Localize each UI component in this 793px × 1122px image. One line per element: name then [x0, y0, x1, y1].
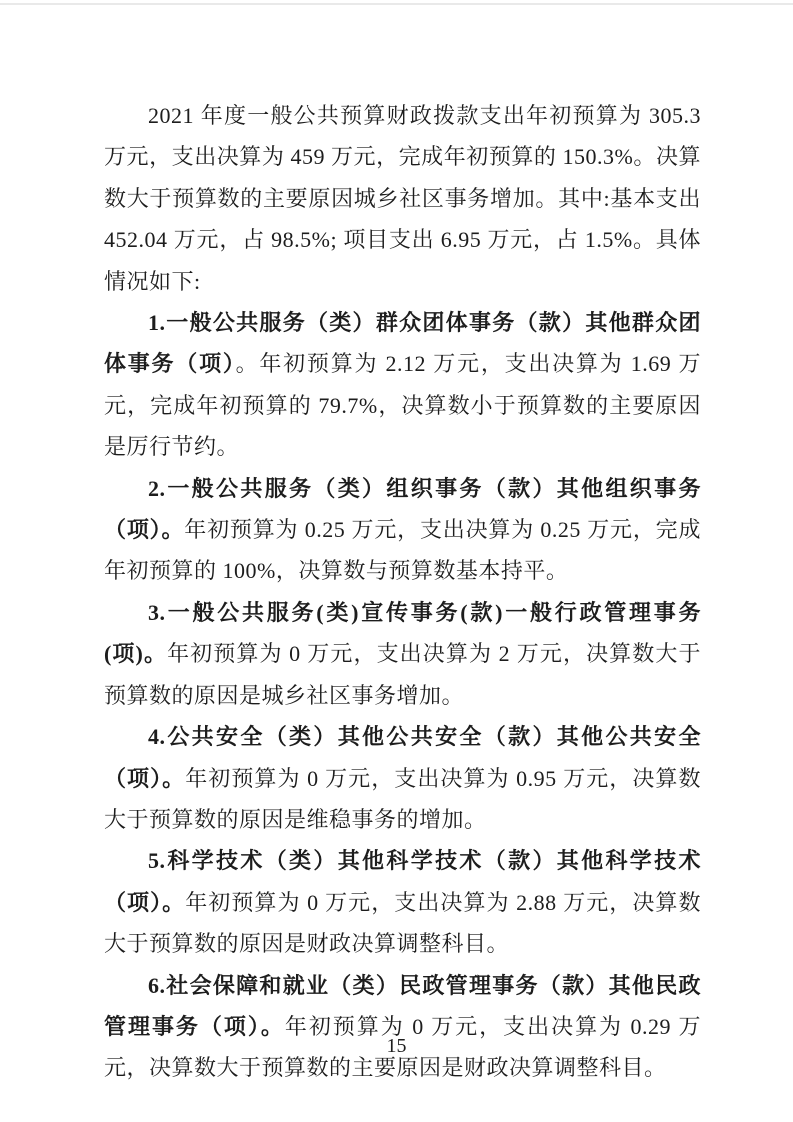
- paragraph-item-1: 1.一般公共服务（类）群众团体事务（款）其他群众团体事务（项）。年初预算为 2.…: [104, 302, 701, 468]
- paragraph-overview-text: 2021 年度一般公共预算财政拨款支出年初预算为 305.3 万元，支出决算为 …: [104, 103, 701, 294]
- paragraph-item-5-text: 年初预算为 0 万元，支出决算为 2.88 万元，决算数大于预算数的原因是财政决…: [104, 890, 701, 956]
- scan-edge-line: [0, 3, 793, 5]
- paragraph-item-4: 4.公共安全（类）其他公共安全（款）其他公共安全（项）。年初预算为 0 万元，支…: [104, 716, 701, 840]
- paragraph-item-3: 3.一般公共服务(类)宣传事务(款)一般行政管理事务(项)。年初预算为 0 万元…: [104, 592, 701, 716]
- paragraph-item-2-text: 年初预算为 0.25 万元，支出决算为 0.25 万元，完成年初预算的 100%…: [104, 517, 701, 583]
- document-body: 2021 年度一般公共预算财政拨款支出年初预算为 305.3 万元，支出决算为 …: [104, 95, 701, 1089]
- document-page: 2021 年度一般公共预算财政拨款支出年初预算为 305.3 万元，支出决算为 …: [0, 0, 793, 1122]
- paragraph-item-4-text: 年初预算为 0 万元，支出决算为 0.95 万元，决算数大于预算数的原因是维稳事…: [104, 766, 701, 832]
- paragraph-item-2: 2.一般公共服务（类）组织事务（款）其他组织事务（项）。年初预算为 0.25 万…: [104, 468, 701, 592]
- paragraph-item-6: 6.社会保障和就业（类）民政管理事务（款）其他民政管理事务（项）。年初预算为 0…: [104, 965, 701, 1089]
- paragraph-item-3-text: 年初预算为 0 万元，支出决算为 2 万元，决算数大于预算数的原因是城乡社区事务…: [104, 641, 701, 707]
- page-number: 15: [0, 1032, 793, 1060]
- paragraph-item-5: 5.科学技术（类）其他科学技术（款）其他科学技术（项）。年初预算为 0 万元，支…: [104, 840, 701, 964]
- paragraph-overview: 2021 年度一般公共预算财政拨款支出年初预算为 305.3 万元，支出决算为 …: [104, 95, 701, 302]
